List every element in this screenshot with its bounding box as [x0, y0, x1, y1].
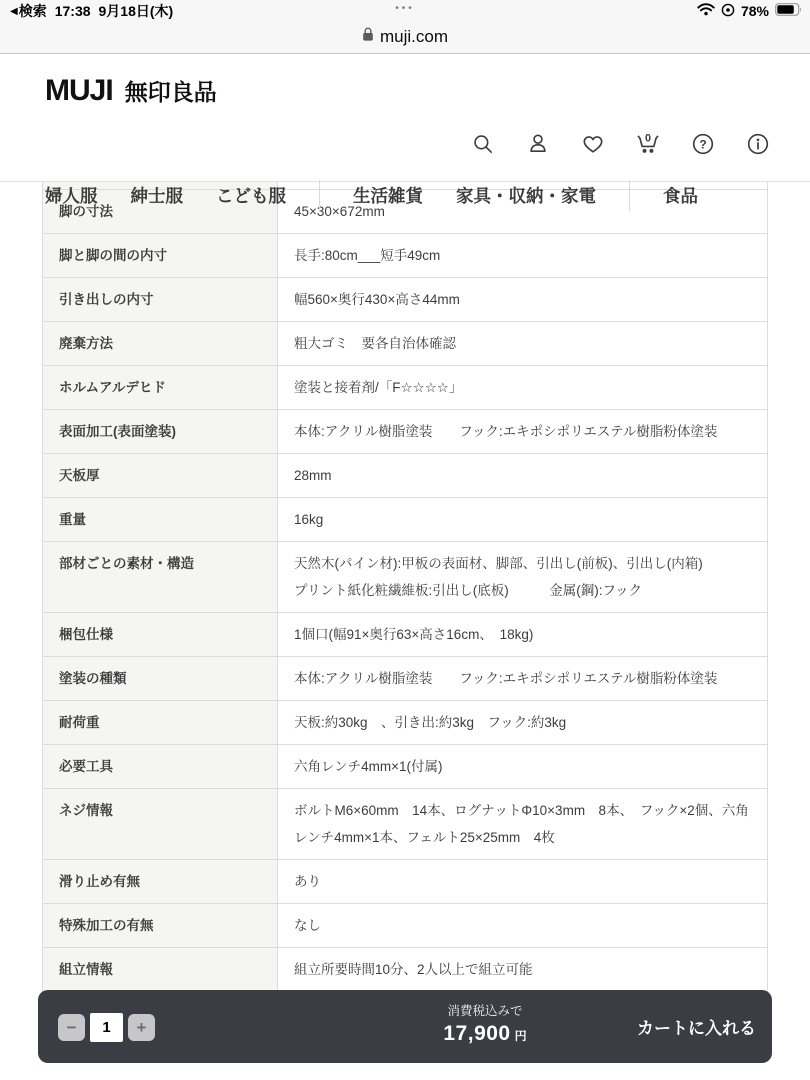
status-left-cluster: ◀ 検索 17:38 9月18日(木)	[10, 0, 173, 22]
table-row: 滑り止め有無あり	[43, 860, 767, 904]
site-header: MUJI 無印良品 0	[0, 54, 810, 182]
wifi-icon	[697, 3, 715, 19]
wishlist-heart-icon[interactable]	[579, 130, 606, 157]
add-to-cart-button[interactable]: カートに入れる	[637, 990, 756, 1063]
window-handle-dots[interactable]: •••	[395, 3, 415, 14]
spec-value: 塗装と接着剤/「F☆☆☆☆」	[278, 366, 767, 409]
lock-icon	[362, 27, 374, 47]
table-row: 梱包仕様1個口(幅91×奥行63×高さ16cm、 18kg)	[43, 613, 767, 657]
quantity-stepper: − 1 +	[58, 1013, 155, 1042]
price-value: 17,900	[443, 1022, 510, 1045]
spec-label: ホルムアルデヒド	[43, 366, 278, 409]
spec-label: 天板厚	[43, 454, 278, 497]
logo-text-en: MUJI	[45, 74, 113, 108]
page-content: 脚の寸法45×30×672mm脚と脚の間の内寸長手:80cm___短手49cm引…	[0, 182, 810, 1080]
account-icon[interactable]	[524, 130, 551, 157]
spec-label: 重量	[43, 498, 278, 541]
spec-value: 28mm	[278, 454, 767, 497]
info-icon[interactable]	[744, 130, 771, 157]
spec-value: 本体:アクリル樹脂塗装 フック:エキポシポリエステル樹脂粉体塗装	[278, 657, 767, 700]
nav-item-household[interactable]: 生活雑貨	[353, 183, 423, 208]
quantity-increase-button[interactable]: +	[128, 1014, 155, 1041]
spec-label: 脚と脚の間の内寸	[43, 234, 278, 277]
rotation-lock-icon	[721, 3, 735, 20]
svg-text:?: ?	[699, 137, 706, 151]
spec-value: 天板:約30kg 、引き出:約3kg フック:約3kg	[278, 701, 767, 744]
status-date: 9月18日(木)	[99, 1, 174, 21]
table-row: 脚と脚の間の内寸長手:80cm___短手49cm	[43, 234, 767, 278]
nav-divider	[629, 180, 630, 211]
spec-value: 1個口(幅91×奥行63×高さ16cm、 18kg)	[278, 613, 767, 656]
table-row: ネジ情報ボルトM6×60mm 14本、ログナットΦ10×3mm 8本、 フック×…	[43, 789, 767, 860]
spec-label: 組立情報	[43, 948, 278, 991]
cart-icon[interactable]: 0	[634, 130, 661, 157]
quantity-value[interactable]: 1	[90, 1013, 123, 1042]
table-row: 必要工具六角レンチ4mm×1(付属)	[43, 745, 767, 789]
back-to-app[interactable]: ◀ 検索	[10, 1, 47, 21]
status-right-cluster: 78%	[697, 0, 802, 22]
spec-label: 特殊加工の有無	[43, 904, 278, 947]
spec-value: あり	[278, 860, 767, 903]
tax-included-note: 消費税込みで	[443, 1001, 526, 1019]
back-triangle-icon: ◀	[10, 6, 18, 17]
spec-value: ボルトM6×60mm 14本、ログナットΦ10×3mm 8本、 フック×2個、六…	[278, 789, 767, 859]
spec-value: 16kg	[278, 498, 767, 541]
spec-value: 粗大ゴミ 要各自治体確認	[278, 322, 767, 365]
battery-icon	[775, 3, 802, 19]
header-icons: 0 ?	[469, 130, 771, 157]
table-row: 天板厚28mm	[43, 454, 767, 498]
spec-label: 梱包仕様	[43, 613, 278, 656]
url-domain: muji.com	[380, 27, 448, 47]
spec-value: 長手:80cm___短手49cm	[278, 234, 767, 277]
ios-browser-chrome: ◀ 検索 17:38 9月18日(木) ••• 78%	[0, 0, 810, 54]
nav-item-food[interactable]: 食品	[663, 183, 698, 208]
spec-label: 塗装の種類	[43, 657, 278, 700]
spec-value: 本体:アクリル樹脂塗装 フック:エキポシポリエステル樹脂粉体塗装	[278, 410, 767, 453]
spec-value: 天然木(パイン材):甲板の表面材、脚部、引出し(前板)、引出し(内箱) プリント…	[278, 542, 767, 612]
back-app-label: 検索	[19, 1, 47, 21]
spec-label: 滑り止め有無	[43, 860, 278, 903]
help-icon[interactable]: ?	[689, 130, 716, 157]
spec-value: 六角レンチ4mm×1(付属)	[278, 745, 767, 788]
table-row: ホルムアルデヒド塗装と接着剤/「F☆☆☆☆」	[43, 366, 767, 410]
muji-logo[interactable]: MUJI 無印良品	[45, 74, 217, 108]
spec-value: 幅560×奥行430×高さ44mm	[278, 278, 767, 321]
spec-value: なし	[278, 904, 767, 947]
spec-label: ネジ情報	[43, 789, 278, 859]
nav-item-womens[interactable]: 婦人服	[45, 183, 98, 208]
table-row: 特殊加工の有無なし	[43, 904, 767, 948]
spec-table: 脚の寸法45×30×672mm脚と脚の間の内寸長手:80cm___短手49cm引…	[42, 182, 768, 992]
spec-label: 廃棄方法	[43, 322, 278, 365]
table-row: 表面加工(表面塗装)本体:アクリル樹脂塗装 フック:エキポシポリエステル樹脂粉体…	[43, 410, 767, 454]
table-row: 部材ごとの素材・構造天然木(パイン材):甲板の表面材、脚部、引出し(前板)、引出…	[43, 542, 767, 613]
price-currency: 円	[515, 1029, 527, 1043]
table-row: 組立情報組立所要時間10分、2人以上で組立可能	[43, 948, 767, 992]
spec-label: 部材ごとの素材・構造	[43, 542, 278, 612]
logo-text-jp: 無印良品	[125, 74, 217, 107]
battery-percent: 78%	[741, 3, 769, 19]
status-bar: ◀ 検索 17:38 9月18日(木) ••• 78%	[0, 0, 810, 22]
spec-label: 耐荷重	[43, 701, 278, 744]
table-row: 塗装の種類本体:アクリル樹脂塗装 フック:エキポシポリエステル樹脂粉体塗装	[43, 657, 767, 701]
table-row: 廃棄方法粗大ゴミ 要各自治体確認	[43, 322, 767, 366]
table-row: 重量16kg	[43, 498, 767, 542]
quantity-decrease-button[interactable]: −	[58, 1014, 85, 1041]
status-time: 17:38	[55, 3, 91, 19]
search-icon[interactable]	[469, 130, 496, 157]
cart-count-badge: 0	[644, 132, 650, 144]
nav-item-kids[interactable]: こども服	[216, 183, 286, 208]
spec-value: 組立所要時間10分、2人以上で組立可能	[278, 948, 767, 991]
spec-label: 表面加工(表面塗装)	[43, 410, 278, 453]
nav-item-mens[interactable]: 紳士服	[131, 183, 184, 208]
table-row: 引き出しの内寸幅560×奥行430×高さ44mm	[43, 278, 767, 322]
price-block: 消費税込みで 17,900円	[443, 1001, 526, 1046]
spec-label: 必要工具	[43, 745, 278, 788]
sticky-cart-bar: − 1 + 消費税込みで 17,900円 カートに入れる	[38, 990, 772, 1063]
nav-divider	[319, 180, 320, 211]
spec-label: 引き出しの内寸	[43, 278, 278, 321]
table-row: 耐荷重天板:約30kg 、引き出:約3kg フック:約3kg	[43, 701, 767, 745]
url-bar[interactable]: muji.com	[0, 22, 810, 52]
main-nav: 婦人服 紳士服 こども服 生活雑貨 家具・収納・家電 食品	[45, 180, 698, 211]
nav-item-furniture[interactable]: 家具・収納・家電	[456, 183, 596, 208]
